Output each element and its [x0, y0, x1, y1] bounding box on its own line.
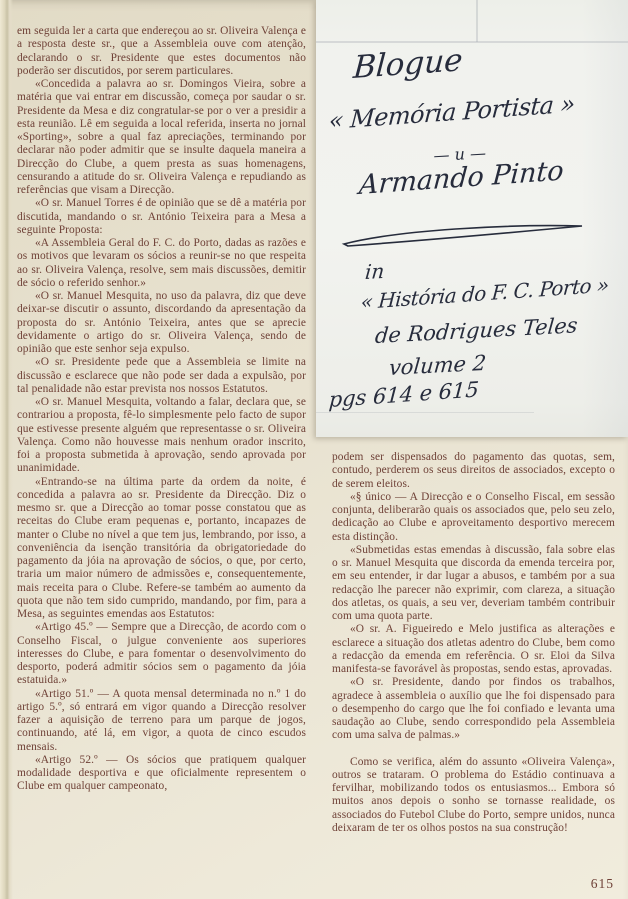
paragraph: «Artigo 52.º — Os sócios que pratiquem q…: [17, 754, 306, 794]
scanned-book-page: em seguida ler a carta que endereçou ao …: [0, 0, 628, 899]
paragraph: «O sr. Manuel Mesquita, no uso da palavr…: [17, 290, 306, 356]
left-text-column: em seguida ler a carta que endereçou ao …: [17, 25, 306, 794]
paragraph: «Entrando-se na última parte da ordem da…: [17, 476, 306, 622]
paragraph: «O sr. Manuel Torres é de opinião que se…: [17, 197, 306, 237]
handwriting-line-in: in: [364, 259, 385, 284]
handwriting-line-pages: pgs 614 e 615: [328, 377, 480, 412]
paragraph: «A Assembleia Geral do F. C. do Porto, d…: [17, 237, 306, 290]
paper-fold-crease: [476, 0, 478, 42]
handwriting-line-book-author: de Rodrigues Teles: [374, 313, 579, 348]
handwriting-line-author: Armando Pinto: [358, 155, 565, 201]
paper-shading: [582, 0, 628, 437]
paragraph: em seguida ler a carta que endereçou ao …: [17, 25, 306, 78]
handwriting-line-blog-title: « Memória Portista »: [328, 90, 576, 135]
paragraph: «Submetidas estas emendas à discussão, f…: [332, 544, 615, 624]
handwriting-line-blogue: Blogue: [352, 42, 464, 86]
paragraph: «O sr. Presidente pede que a Assembleia …: [17, 356, 306, 396]
handwriting-line-book-title: « História do F. C. Porto »: [360, 272, 610, 314]
handwritten-note-paper: Blogue « Memória Portista » — u — Armand…: [316, 0, 628, 437]
paper-fold-crease: [316, 412, 534, 413]
closing-paragraph: Como se verifica, além do assunto «Olive…: [332, 756, 615, 836]
paragraph: «§ único — A Direcção e o Conselho Fisca…: [332, 491, 615, 544]
paragraph: «Concedida a palavra ao sr. Domingos Vie…: [17, 78, 306, 197]
right-text-column: podem ser dispensados do pagamento das q…: [332, 451, 615, 835]
paragraph: «O sr. Manuel Mesquita, voltando a falar…: [17, 396, 306, 476]
page-binding-edge: [0, 0, 13, 899]
paragraph: «O sr. Presidente, dando por findos os t…: [332, 676, 615, 742]
signature-underline-flourish: [338, 222, 586, 250]
paragraph: podem ser dispensados do pagamento das q…: [332, 451, 615, 491]
paragraph: «Artigo 45.º — Sempre que a Direcção, de…: [17, 621, 306, 687]
paragraph: «Artigo 51.º — A quota mensal determinad…: [17, 688, 306, 754]
handwriting-line-volume: volume 2: [388, 351, 487, 380]
paragraph: «O sr. A. Figueiredo e Melo justifica as…: [332, 623, 615, 676]
page-number: 615: [591, 876, 614, 892]
